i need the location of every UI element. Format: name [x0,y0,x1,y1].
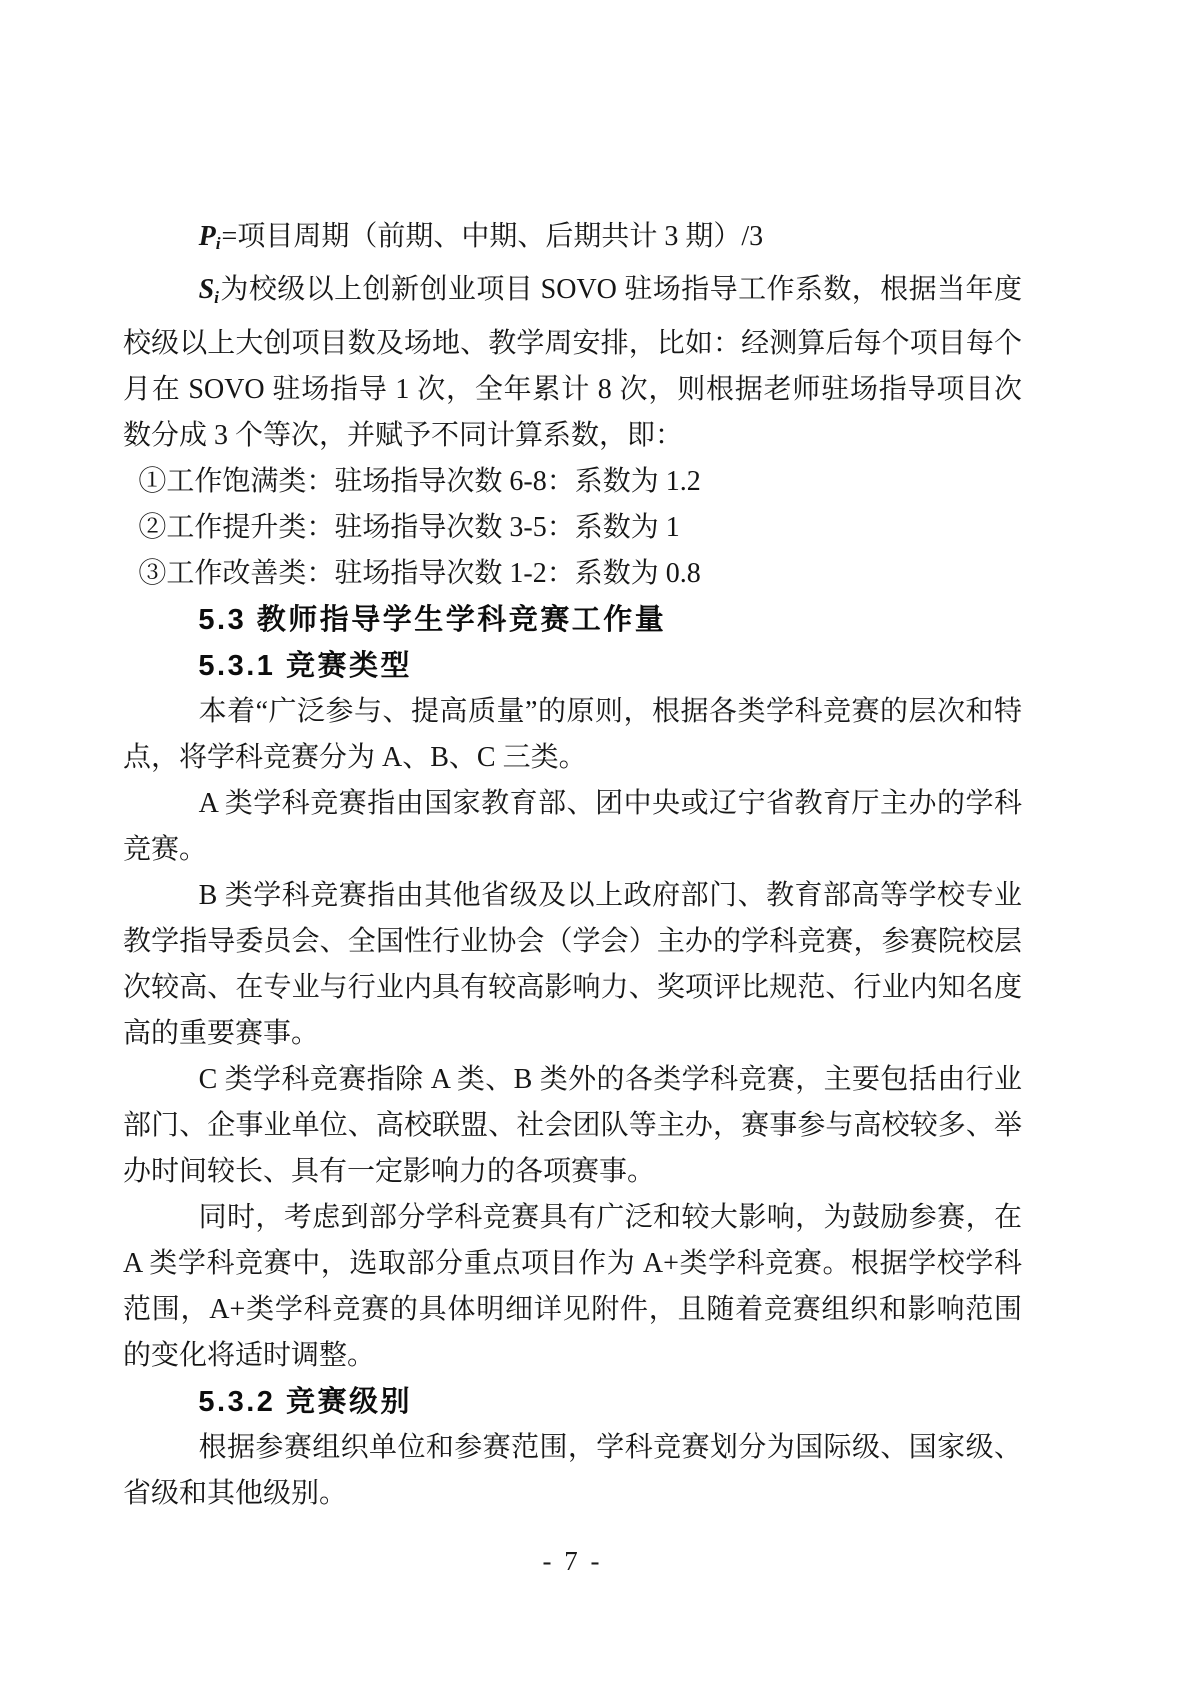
variable-p: P [199,221,216,252]
paragraph-class-b: B 类学科竞赛指由其他省级及以上政府部门、教育部高等学校专业教学指导委员会、全国… [123,873,1022,1057]
heading-5-3-1: 5.3.1 竞赛类型 [123,643,1022,689]
heading-5-3-2: 5.3.2 竞赛级别 [123,1379,1022,1425]
list-item-needs-improvement-workload: ③工作改善类：驻场指导次数 1-2：系数为 0.8 [123,551,1022,597]
list-item-improving-workload: ②工作提升类：驻场指导次数 3-5：系数为 1 [123,505,1022,551]
paragraph-class-c: C 类学科竞赛指除 A 类、B 类外的各类学科竞赛，主要包括由行业部门、企事业单… [123,1057,1022,1195]
paragraph-sovo-coefficient: Si为校级以上创新创业项目 SOVO 驻场指导工作系数，根据当年度校级以上大创项… [123,267,1022,458]
document-page: Pi=项目周期（前期、中期、后期共计 3 期）/3 Si为校级以上创新创业项目 … [0,0,1191,1684]
variable-s: S [199,274,215,305]
variable-p-subscript: i [216,234,221,253]
page-number: - 7 - [123,1546,1022,1577]
document-body: Pi=项目周期（前期、中期、后期共计 3 期）/3 Si为校级以上创新创业项目 … [123,214,1022,1517]
formula-text: =项目周期（前期、中期、后期共计 3 期）/3 [222,221,764,252]
variable-s-subscript: i [214,288,219,307]
heading-5-3: 5.3 教师指导学生学科竞赛工作量 [123,597,1022,643]
paragraph-competition-type-intro: 本着“广泛参与、提高质量”的原则，根据各类学科竞赛的层次和特点，将学科竞赛分为 … [123,689,1022,781]
paragraph-class-a: A 类学科竞赛指由国家教育部、团中央或辽宁省教育厅主办的学科竞赛。 [123,781,1022,873]
formula-project-cycle: Pi=项目周期（前期、中期、后期共计 3 期）/3 [123,214,1022,267]
paragraph-competition-level: 根据参赛组织单位和参赛范围，学科竞赛划分为国际级、国家级、省级和其他级别。 [123,1425,1022,1517]
list-item-full-workload: ①工作饱满类：驻场指导次数 6-8：系数为 1.2 [123,459,1022,505]
paragraph-text: 为校级以上创新创业项目 SOVO 驻场指导工作系数，根据当年度校级以上大创项目数… [123,274,1022,450]
paragraph-class-a-plus: 同时，考虑到部分学科竞赛具有广泛和较大影响，为鼓励参赛，在 A 类学科竞赛中，选… [123,1195,1022,1379]
